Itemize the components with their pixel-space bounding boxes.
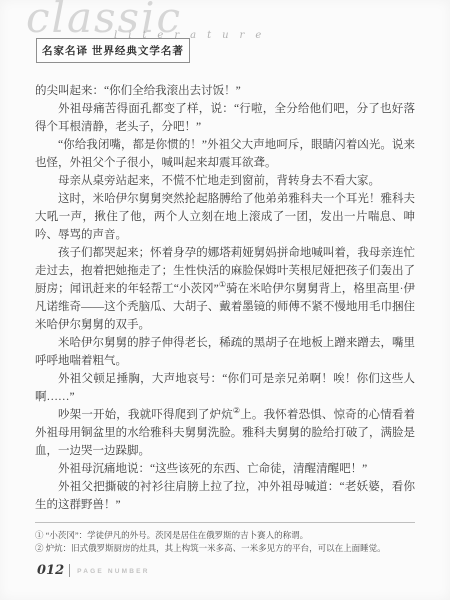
page-footer: 012 PAGE NUMBER [37, 563, 150, 578]
page-number-label: PAGE NUMBER [77, 566, 149, 575]
paragraph: 母亲从桌旁站起来，不慌不忙地走到窗前，背转身去不看大家。 [35, 172, 415, 190]
footnote-item: ① “小茨冈”：学徒伊凡的外号。茨冈是居住在俄罗斯的吉卜赛人的称谓。 [35, 529, 423, 542]
paragraph: 外祖父顿足捶胸，大声地哀号：“你们可是亲兄弟啊！唉！你们这些人啊……” [35, 370, 415, 406]
footnotes-list: ① “小茨冈”：学徒伊凡的外号。茨冈是居住在俄罗斯的吉卜赛人的称谓。② 炉炕：旧… [35, 529, 423, 554]
paragraph: 的尖叫起来：“你们全给我滚出去讨饭！” [35, 82, 415, 100]
footer-divider [69, 564, 70, 577]
book-page: classic literature 名家名译 世界经典文学名著 的尖叫起来：“… [0, 0, 450, 600]
paragraph: 孩子们都哭起来；怀着身孕的娜塔莉娅舅妈拼命地喊叫着，我母亲连忙走过去，抱着把她拖… [35, 244, 415, 334]
body-text: 的尖叫起来：“你们全给我滚出去讨饭！”外祖母痛苦得面孔都变了样，说：“行啦，全分… [35, 82, 415, 514]
paragraph: “你给我闭嘴，都是你惯的！”外祖父大声地呵斥，眼睛闪着凶光。说来也怪，外祖父个子… [35, 136, 415, 172]
paragraph: 外祖父把撕破的衬衫往肩膀上拉了拉，冲外祖母喊道：“老妖婆，看你生的这群野兽！” [35, 478, 415, 514]
footnote-divider [35, 522, 415, 523]
series-label: 名家名译 世界经典文学名著 [42, 45, 184, 57]
paragraph: 吵架一开始，我就吓得爬到了炉炕②上。我怀着恐惧、惊奇的心情看着外祖母用铜盆里的水… [35, 406, 415, 460]
page-number: 012 [37, 563, 64, 578]
paragraph: 外祖母沉痛地说：“这些该死的东西、亡命徒，清醒清醒吧！” [35, 460, 415, 478]
footnote-marker: ① [219, 280, 226, 289]
paragraph: 这时，米哈伊尔舅舅突然抡起胳膊给了他弟弟雅科夫一个耳光！雅科夫大吼一声，揪住了他… [35, 190, 415, 244]
paragraph: 外祖母痛苦得面孔都变了样，说：“行啦，全分给他们吧，分了也好落得个耳根清静，老头… [35, 100, 415, 136]
paragraph: 米哈伊尔舅舅的脖子伸得老长，稀疏的黑胡子在地板上蹭来蹭去，嘴里呼呼地喘着粗气。 [35, 334, 415, 370]
footnote-item: ② 炉炕：旧式俄罗斯厨房的灶具，其上构筑一米多高、一米多见方的平台，可以在上面睡… [35, 542, 423, 555]
footnote-marker: ② [233, 406, 240, 415]
series-badge: 名家名译 世界经典文学名著 [36, 38, 190, 63]
